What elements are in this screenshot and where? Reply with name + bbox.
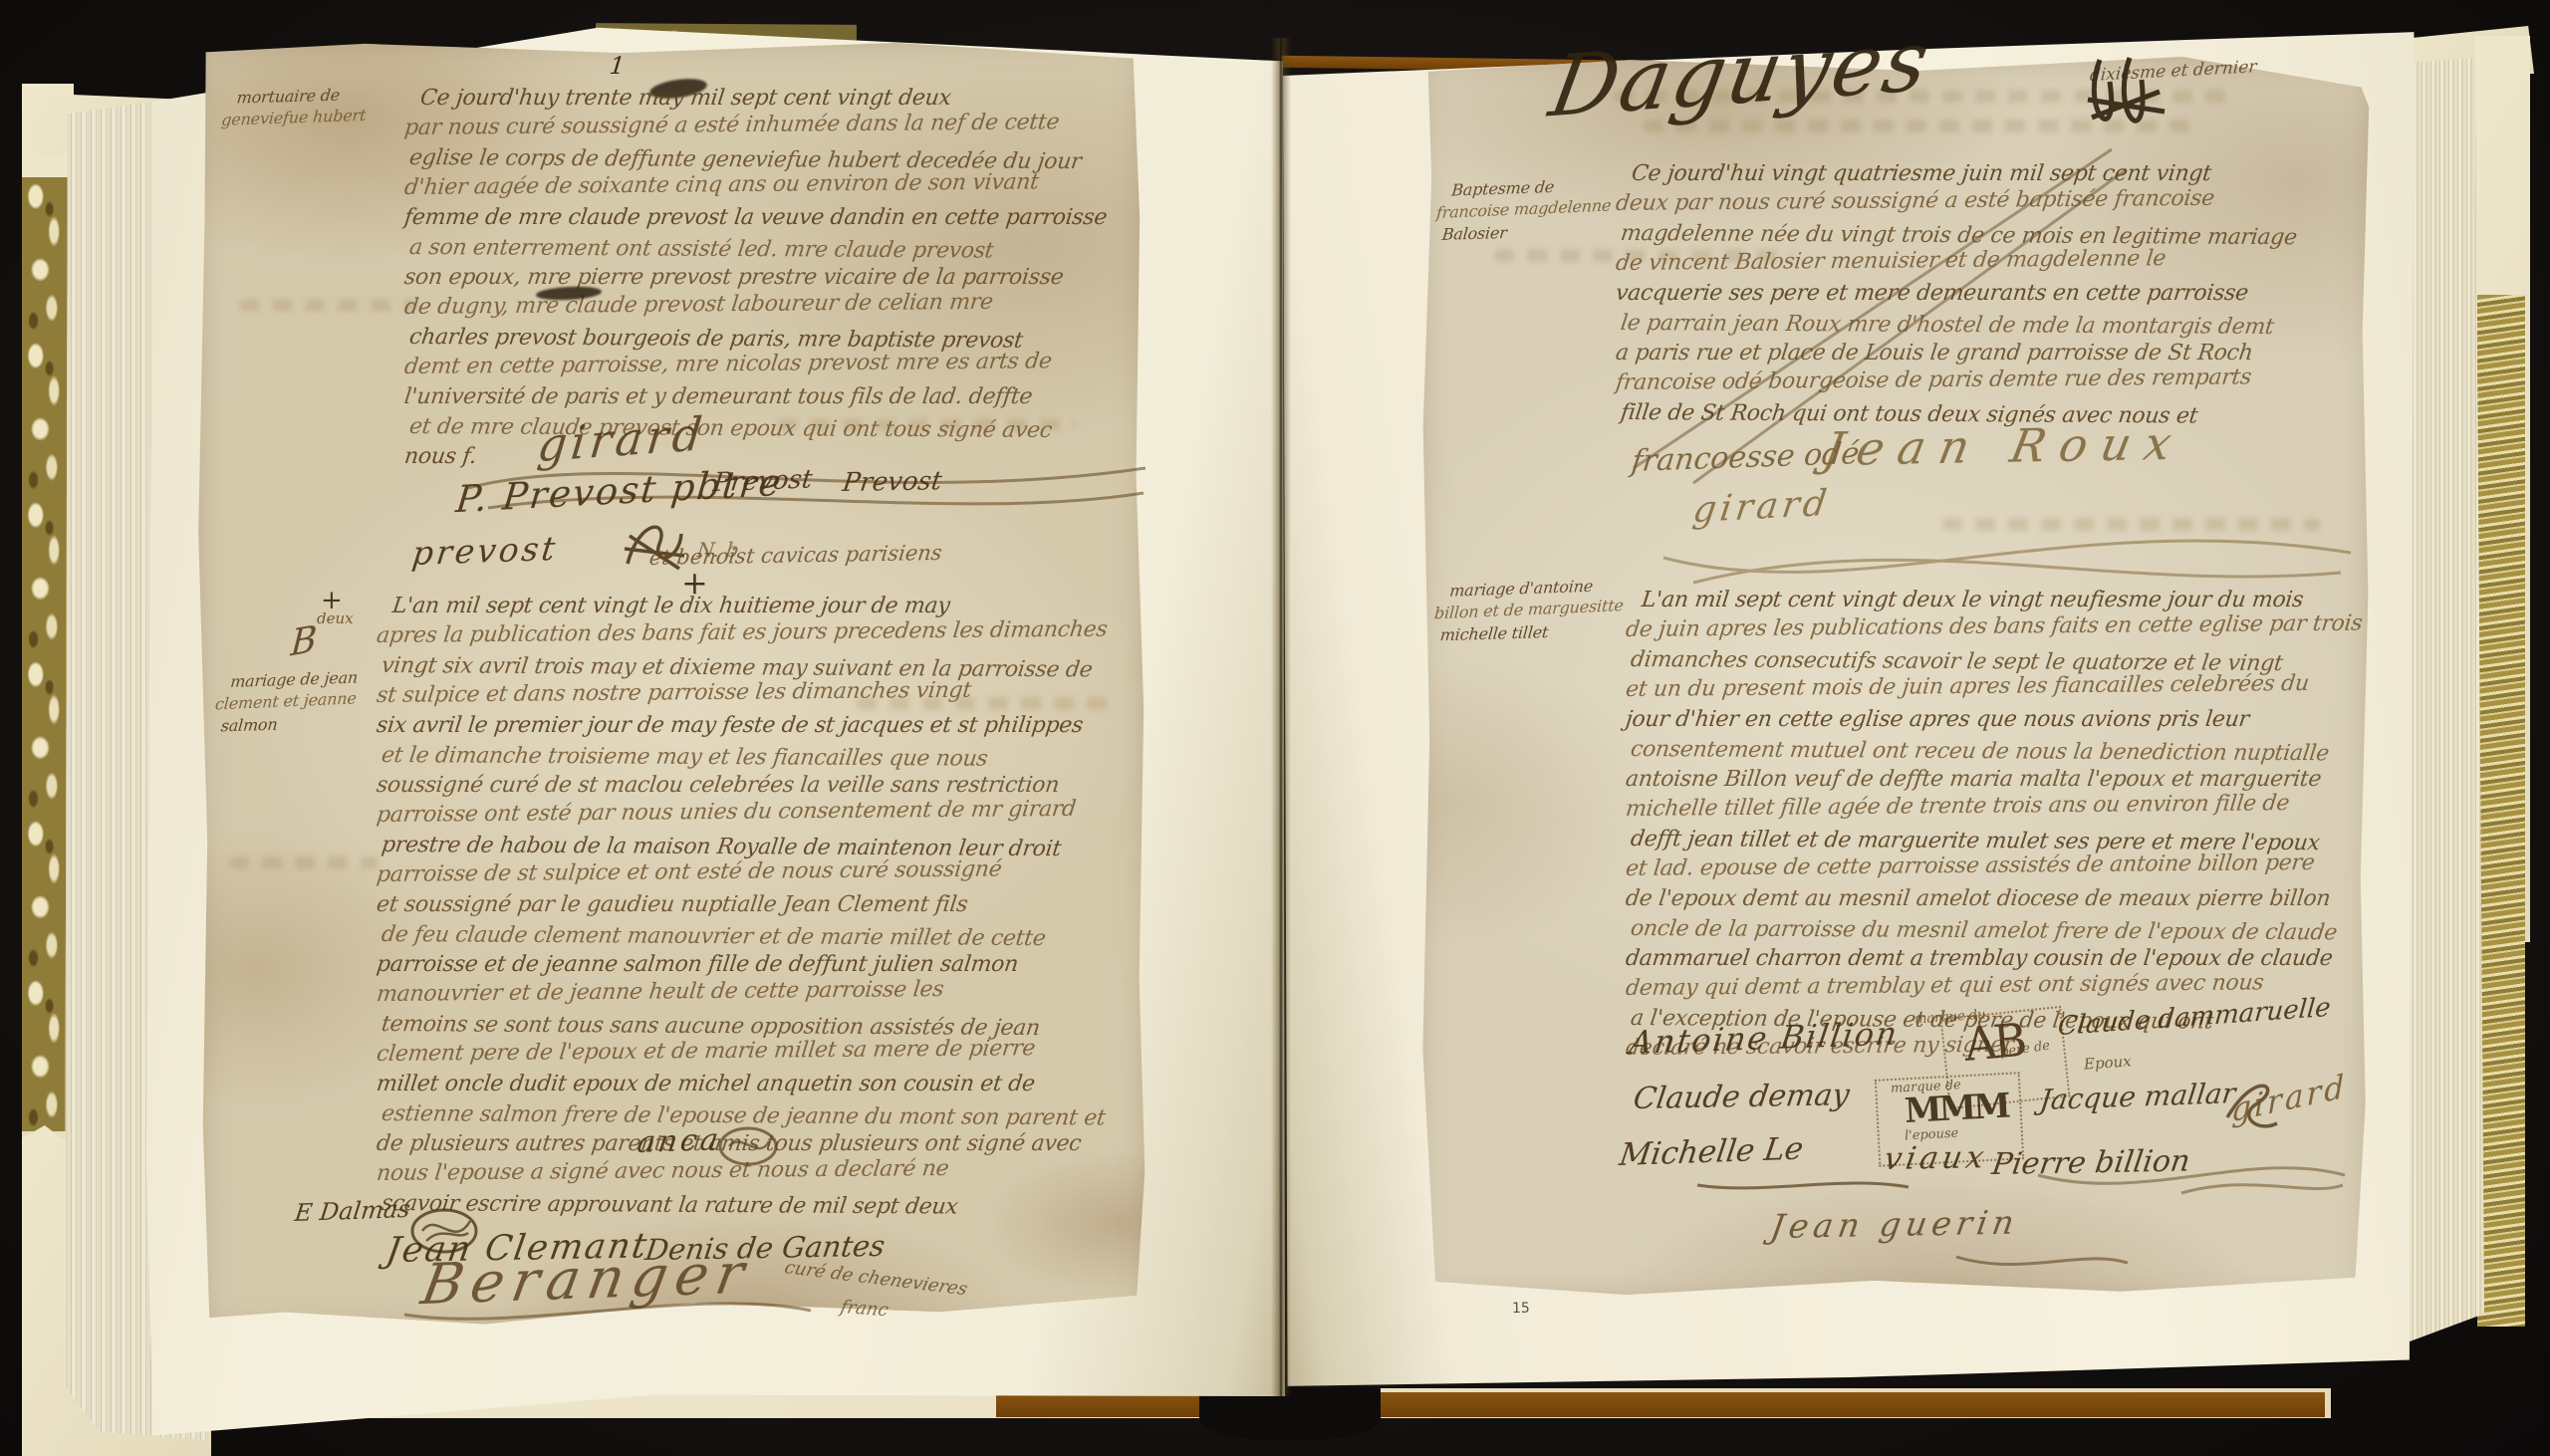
manuscript-line: vacquerie ses pere et mere demeurants en… [1614,279,2299,309]
manuscript-line: millet oncle dudit epoux de michel anque… [375,1070,1108,1099]
signature-viaux: viaux [1882,1139,1990,1177]
manuscript-line: jour d'hier en cette eglise apres que no… [1624,705,2363,735]
signature-mid-paraph [715,1123,781,1169]
manuscript-line: six avril le premier jour de may feste d… [375,711,1108,741]
signature-fragment: N. b [695,538,740,562]
burial-entry-text: Ce jourd'huy trente may mil sept cent vi… [404,84,1107,472]
manuscript-line: de juin apres les publications des bans … [1624,609,2364,645]
manuscript-line: de vincent Balosier menuisier et de magd… [1614,243,2299,279]
ink-bleed [229,856,379,869]
manuscript-line: femme de mre claude prevost la veuve dan… [402,203,1109,233]
manuscript-line: et lad. epouse de cette parroisse assist… [1624,849,2364,884]
margin-note-mariage-clement: mariage de jeanclement et jeannesalmon [214,667,360,738]
manuscript-line: et soussigné par le gaudieu nuptialle Je… [375,890,1108,920]
marriage-entry-text-right: L'an mil sept cent vingt deux le vingt n… [1626,586,2362,1064]
pencil-folio-number: 15 [1512,1301,1530,1317]
right-marbled-endpaper [2477,295,2525,1327]
manuscript-line: scavoir escrire approuvant la rature de … [380,1189,1108,1223]
signature-jean-roux: Jean Roux [1820,416,2190,476]
manuscript-line: michelle tillet fille agée de trente tro… [1624,789,2364,825]
margin-note-mariage-billon: mariage d'antoinebillon et de marguesitt… [1433,575,1625,647]
margin-note-mortuaire: mortuaire degeneviefue hubert [220,84,366,131]
baptism-entry-text: Ce jourd'hui vingt quatriesme juin mil s… [1616,159,2297,428]
signature-prevost-4: Prevost [841,466,944,498]
manuscript-line: manouvrier et de jeanne heult de cette p… [375,974,1109,1010]
manuscript-line: deux par nous curé soussigné a esté bapt… [1614,183,2299,219]
michelle-underline [1693,1173,1912,1197]
manuscript-line: salmon [220,711,361,737]
signature-jean-guerin: Jean guerin [1768,1203,2022,1246]
bride-mark: MMM [1904,1087,2009,1131]
photo-stage: 1 mortuaire degeneviefue hubert Ce jourd… [0,0,2550,1456]
label-epoux: Epoux [2083,1052,2132,1073]
signature-michelle-le: Michelle Le [1617,1130,1805,1173]
signature-jacque-mallar: Jacque mallar [2038,1077,2237,1116]
guerin-tail [1952,1243,2132,1279]
manuscript-line: geneviefue hubert [220,105,367,131]
manuscript-line: d'hier aagée de soixante cinq ans ou env… [402,167,1109,203]
beranger-swash [398,1285,817,1335]
left-marbled-endpaper [22,177,68,1131]
manuscript-line: l'université de paris et y demeurant tou… [402,382,1109,412]
signature-pierre-billion: Pierre billion [1990,1143,2192,1182]
signature-franc: franc [839,1297,891,1321]
signature-mid: anca [636,1122,724,1160]
manuscript-line: demt en cette parroisse, mre nicolas pre… [402,347,1109,382]
ink-bleed [239,299,418,312]
manuscript-line: parroisse de st sulpice et ont esté de n… [375,854,1109,890]
manuscript-line: de l'epoux demt au mesnil amelot diocese… [1624,884,2363,914]
margin-paraph: B [290,618,319,665]
manuscript-line: st sulpice et dans nostre parroisse les … [375,675,1109,711]
signature-claude-demay: Claude demay [1632,1078,1852,1116]
manuscript-line: francoise odé bourgeoise de paris demte … [1614,363,2299,398]
center-gutter [1271,38,1291,1396]
manuscript-line: et un du present mois de juin apres les … [1624,669,2364,705]
manuscript-line: parroisse ont esté par nous unies du con… [375,795,1109,831]
signature-prevost-3: Prevost [711,464,814,498]
manuscript-line: par nous curé soussigné a esté inhumée d… [402,108,1109,143]
manuscript-line: de dugny, mre claude prevost laboureur d… [402,287,1109,323]
signature-dalmas: E Dalmas [293,1195,411,1227]
manuscript-line: clement pere de l'epoux et de marie mill… [375,1034,1109,1070]
margin-word-deux: deux [317,609,354,627]
signature-prevost-2: prevost [410,529,561,573]
margin-note-baptesme: Baptesme defrancoise magdelenneBalosier [1435,174,1612,246]
folio-number: 1 [609,52,627,80]
manuscript-line: apres la publication des bans fait es jo… [375,615,1109,651]
